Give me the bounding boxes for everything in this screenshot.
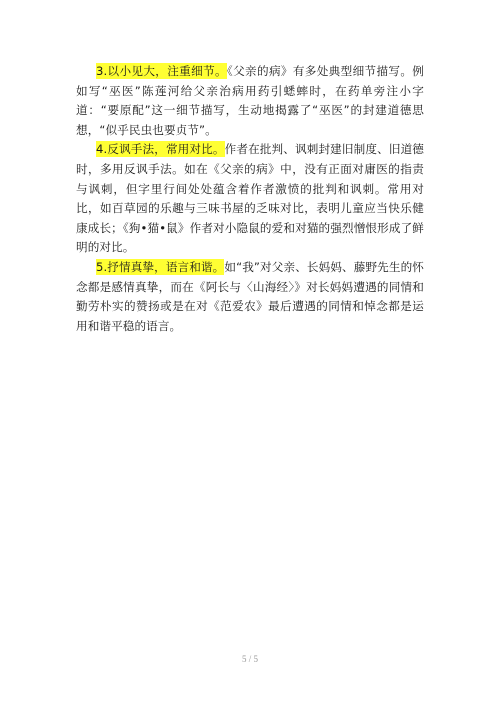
document-body: 3.以小见大，注重细节。《父亲的病》有多处典型细节描写。例如写“巫医”陈莲河给父… [76, 62, 424, 336]
paragraph-detail: 3.以小见大，注重细节。《父亲的病》有多处典型细节描写。例如写“巫医”陈莲河给父… [76, 62, 424, 140]
highlighted-heading: 3.以小见大，注重细节。 [96, 63, 227, 79]
paragraph-text: 作者在批判、讽刺封建旧制度、旧道德时，多用反讽手法。如在《父亲的病》中，没有正面… [76, 142, 424, 254]
paragraph-satire: 4.反讽手法，常用对比。作者在批判、讽刺封建旧制度、旧道德时，多用反讽手法。如在… [76, 140, 424, 258]
page-number: 5 / 5 [0, 654, 500, 664]
paragraph-lyrical: 5.抒情真挚，语言和谐。如“我”对父亲、长妈妈、藤野先生的怀念都是感情真挚，而在… [76, 258, 424, 336]
document-page: 3.以小见大，注重细节。《父亲的病》有多处典型细节描写。例如写“巫医”陈莲河给父… [0, 0, 500, 705]
highlighted-heading: 4.反讽手法，常用对比。 [96, 141, 225, 157]
highlighted-heading: 5.抒情真挚，语言和谐。 [96, 259, 224, 275]
